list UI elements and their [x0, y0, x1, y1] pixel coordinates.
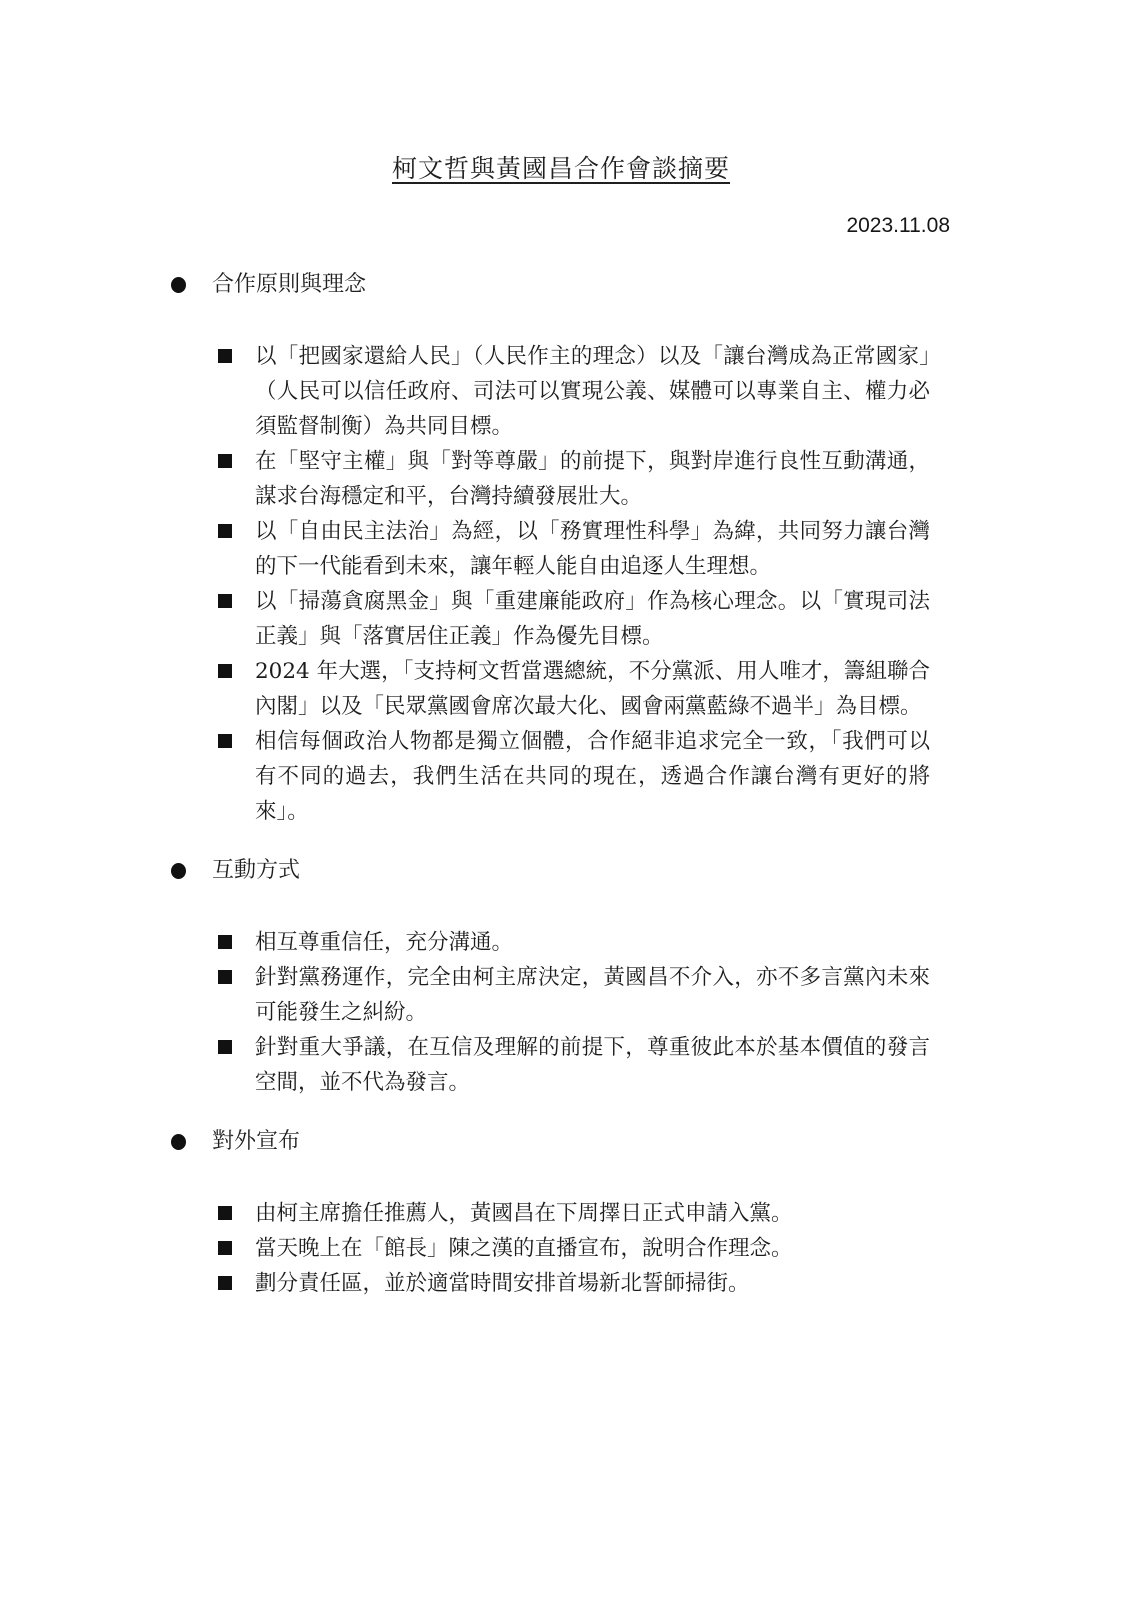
list-item: 劃分責任區，並於適當時間安排首場新北誓師掃街。	[170, 1266, 930, 1301]
list-item: 相互尊重信任，充分溝通。	[170, 925, 930, 960]
document-title-text: 柯文哲與黃國昌合作會談摘要	[392, 154, 730, 183]
circle-bullet-icon	[171, 277, 186, 293]
list-item-text: 相信每個政治人物都是獨立個體，合作絕非追求完全一致，「我們可以有不同的過去，我們…	[255, 729, 930, 824]
square-bullet-icon	[218, 594, 232, 608]
document-title: 柯文哲與黃國昌合作會談摘要	[170, 150, 952, 187]
section-heading-text: 對外宣布	[212, 1129, 300, 1154]
section-cooperation-principles: 合作原則與理念 以「把國家還給人民」（人民作主的理念）以及「讓台灣成為正常國家」…	[170, 267, 952, 829]
section-interaction-method: 互動方式 相互尊重信任，充分溝通。 針對黨務運作，完全由柯主席決定，黃國昌不介入…	[170, 853, 952, 1100]
document-page: 柯文哲與黃國昌合作會談摘要 2023.11.08 合作原則與理念 以「把國家還給…	[0, 0, 1136, 1607]
square-bullet-icon	[218, 1040, 232, 1054]
square-bullet-icon	[218, 349, 232, 363]
circle-bullet-icon	[171, 1134, 186, 1150]
square-bullet-icon	[218, 454, 232, 468]
list-item: 以「自由民主法治」為經，以「務實理性科學」為緯，共同努力讓台灣的下一代能看到未來…	[170, 514, 930, 584]
document-content: 柯文哲與黃國昌合作會談摘要 2023.11.08 合作原則與理念 以「把國家還給…	[170, 0, 952, 1301]
list-item: 在「堅守主權」與「對等尊嚴」的前提下，與對岸進行良性互動溝通，謀求台海穩定和平，…	[170, 444, 930, 514]
square-bullet-icon	[218, 1276, 232, 1290]
list-item-text: 2024 年大選，「支持柯文哲當選總統，不分黨派、用人唯才，籌組聯合內閣」以及「…	[255, 659, 930, 719]
list-item-text: 當天晚上在「館長」陳之漢的直播宣布，說明合作理念。	[255, 1236, 793, 1261]
list-item-text: 以「把國家還給人民」（人民作主的理念）以及「讓台灣成為正常國家」（人民可以信任政…	[255, 344, 930, 439]
list-item: 2024 年大選，「支持柯文哲當選總統，不分黨派、用人唯才，籌組聯合內閣」以及「…	[170, 654, 930, 724]
list-item-text: 以「掃蕩貪腐黑金」與「重建廉能政府」作為核心理念。以「實現司法正義」與「落實居住…	[255, 589, 930, 649]
section-item-list: 相互尊重信任，充分溝通。 針對黨務運作，完全由柯主席決定，黃國昌不介入，亦不多言…	[170, 925, 952, 1100]
square-bullet-icon	[218, 524, 232, 538]
section-heading: 合作原則與理念	[170, 267, 952, 303]
list-item: 相信每個政治人物都是獨立個體，合作絕非追求完全一致，「我們可以有不同的過去，我們…	[170, 724, 930, 829]
section-public-announcement: 對外宣布 由柯主席擔任推薦人，黃國昌在下周擇日正式申請入黨。 當天晚上在「館長」…	[170, 1124, 952, 1301]
list-item-text: 針對重大爭議，在互信及理解的前提下，尊重彼此本於基本價值的發言空間，並不代為發言…	[255, 1035, 930, 1095]
list-item-text: 劃分責任區，並於適當時間安排首場新北誓師掃街。	[255, 1271, 750, 1296]
list-item: 由柯主席擔任推薦人，黃國昌在下周擇日正式申請入黨。	[170, 1196, 930, 1231]
section-item-list: 以「把國家還給人民」（人民作主的理念）以及「讓台灣成為正常國家」（人民可以信任政…	[170, 339, 952, 829]
section-heading: 互動方式	[170, 853, 952, 889]
list-item-text: 由柯主席擔任推薦人，黃國昌在下周擇日正式申請入黨。	[255, 1201, 793, 1226]
list-item: 以「掃蕩貪腐黑金」與「重建廉能政府」作為核心理念。以「實現司法正義」與「落實居住…	[170, 584, 930, 654]
square-bullet-icon	[218, 970, 232, 984]
list-item-text: 以「自由民主法治」為經，以「務實理性科學」為緯，共同努力讓台灣的下一代能看到未來…	[255, 519, 930, 579]
list-item: 針對重大爭議，在互信及理解的前提下，尊重彼此本於基本價值的發言空間，並不代為發言…	[170, 1030, 930, 1100]
list-item-text: 針對黨務運作，完全由柯主席決定，黃國昌不介入，亦不多言黨內未來可能發生之糾紛。	[255, 965, 930, 1025]
section-heading-text: 合作原則與理念	[212, 272, 366, 297]
circle-bullet-icon	[171, 863, 186, 879]
section-heading-text: 互動方式	[212, 858, 300, 883]
square-bullet-icon	[218, 1206, 232, 1220]
square-bullet-icon	[218, 935, 232, 949]
section-item-list: 由柯主席擔任推薦人，黃國昌在下周擇日正式申請入黨。 當天晚上在「館長」陳之漢的直…	[170, 1196, 952, 1301]
square-bullet-icon	[218, 664, 232, 678]
section-heading: 對外宣布	[170, 1124, 952, 1160]
list-item-text: 相互尊重信任，充分溝通。	[255, 930, 513, 955]
list-item-text: 在「堅守主權」與「對等尊嚴」的前提下，與對岸進行良性互動溝通，謀求台海穩定和平，…	[255, 449, 930, 509]
square-bullet-icon	[218, 1241, 232, 1255]
square-bullet-icon	[218, 734, 232, 748]
list-item: 針對黨務運作，完全由柯主席決定，黃國昌不介入，亦不多言黨內未來可能發生之糾紛。	[170, 960, 930, 1030]
document-date: 2023.11.08	[170, 209, 952, 243]
list-item: 當天晚上在「館長」陳之漢的直播宣布，說明合作理念。	[170, 1231, 930, 1266]
list-item: 以「把國家還給人民」（人民作主的理念）以及「讓台灣成為正常國家」（人民可以信任政…	[170, 339, 930, 444]
